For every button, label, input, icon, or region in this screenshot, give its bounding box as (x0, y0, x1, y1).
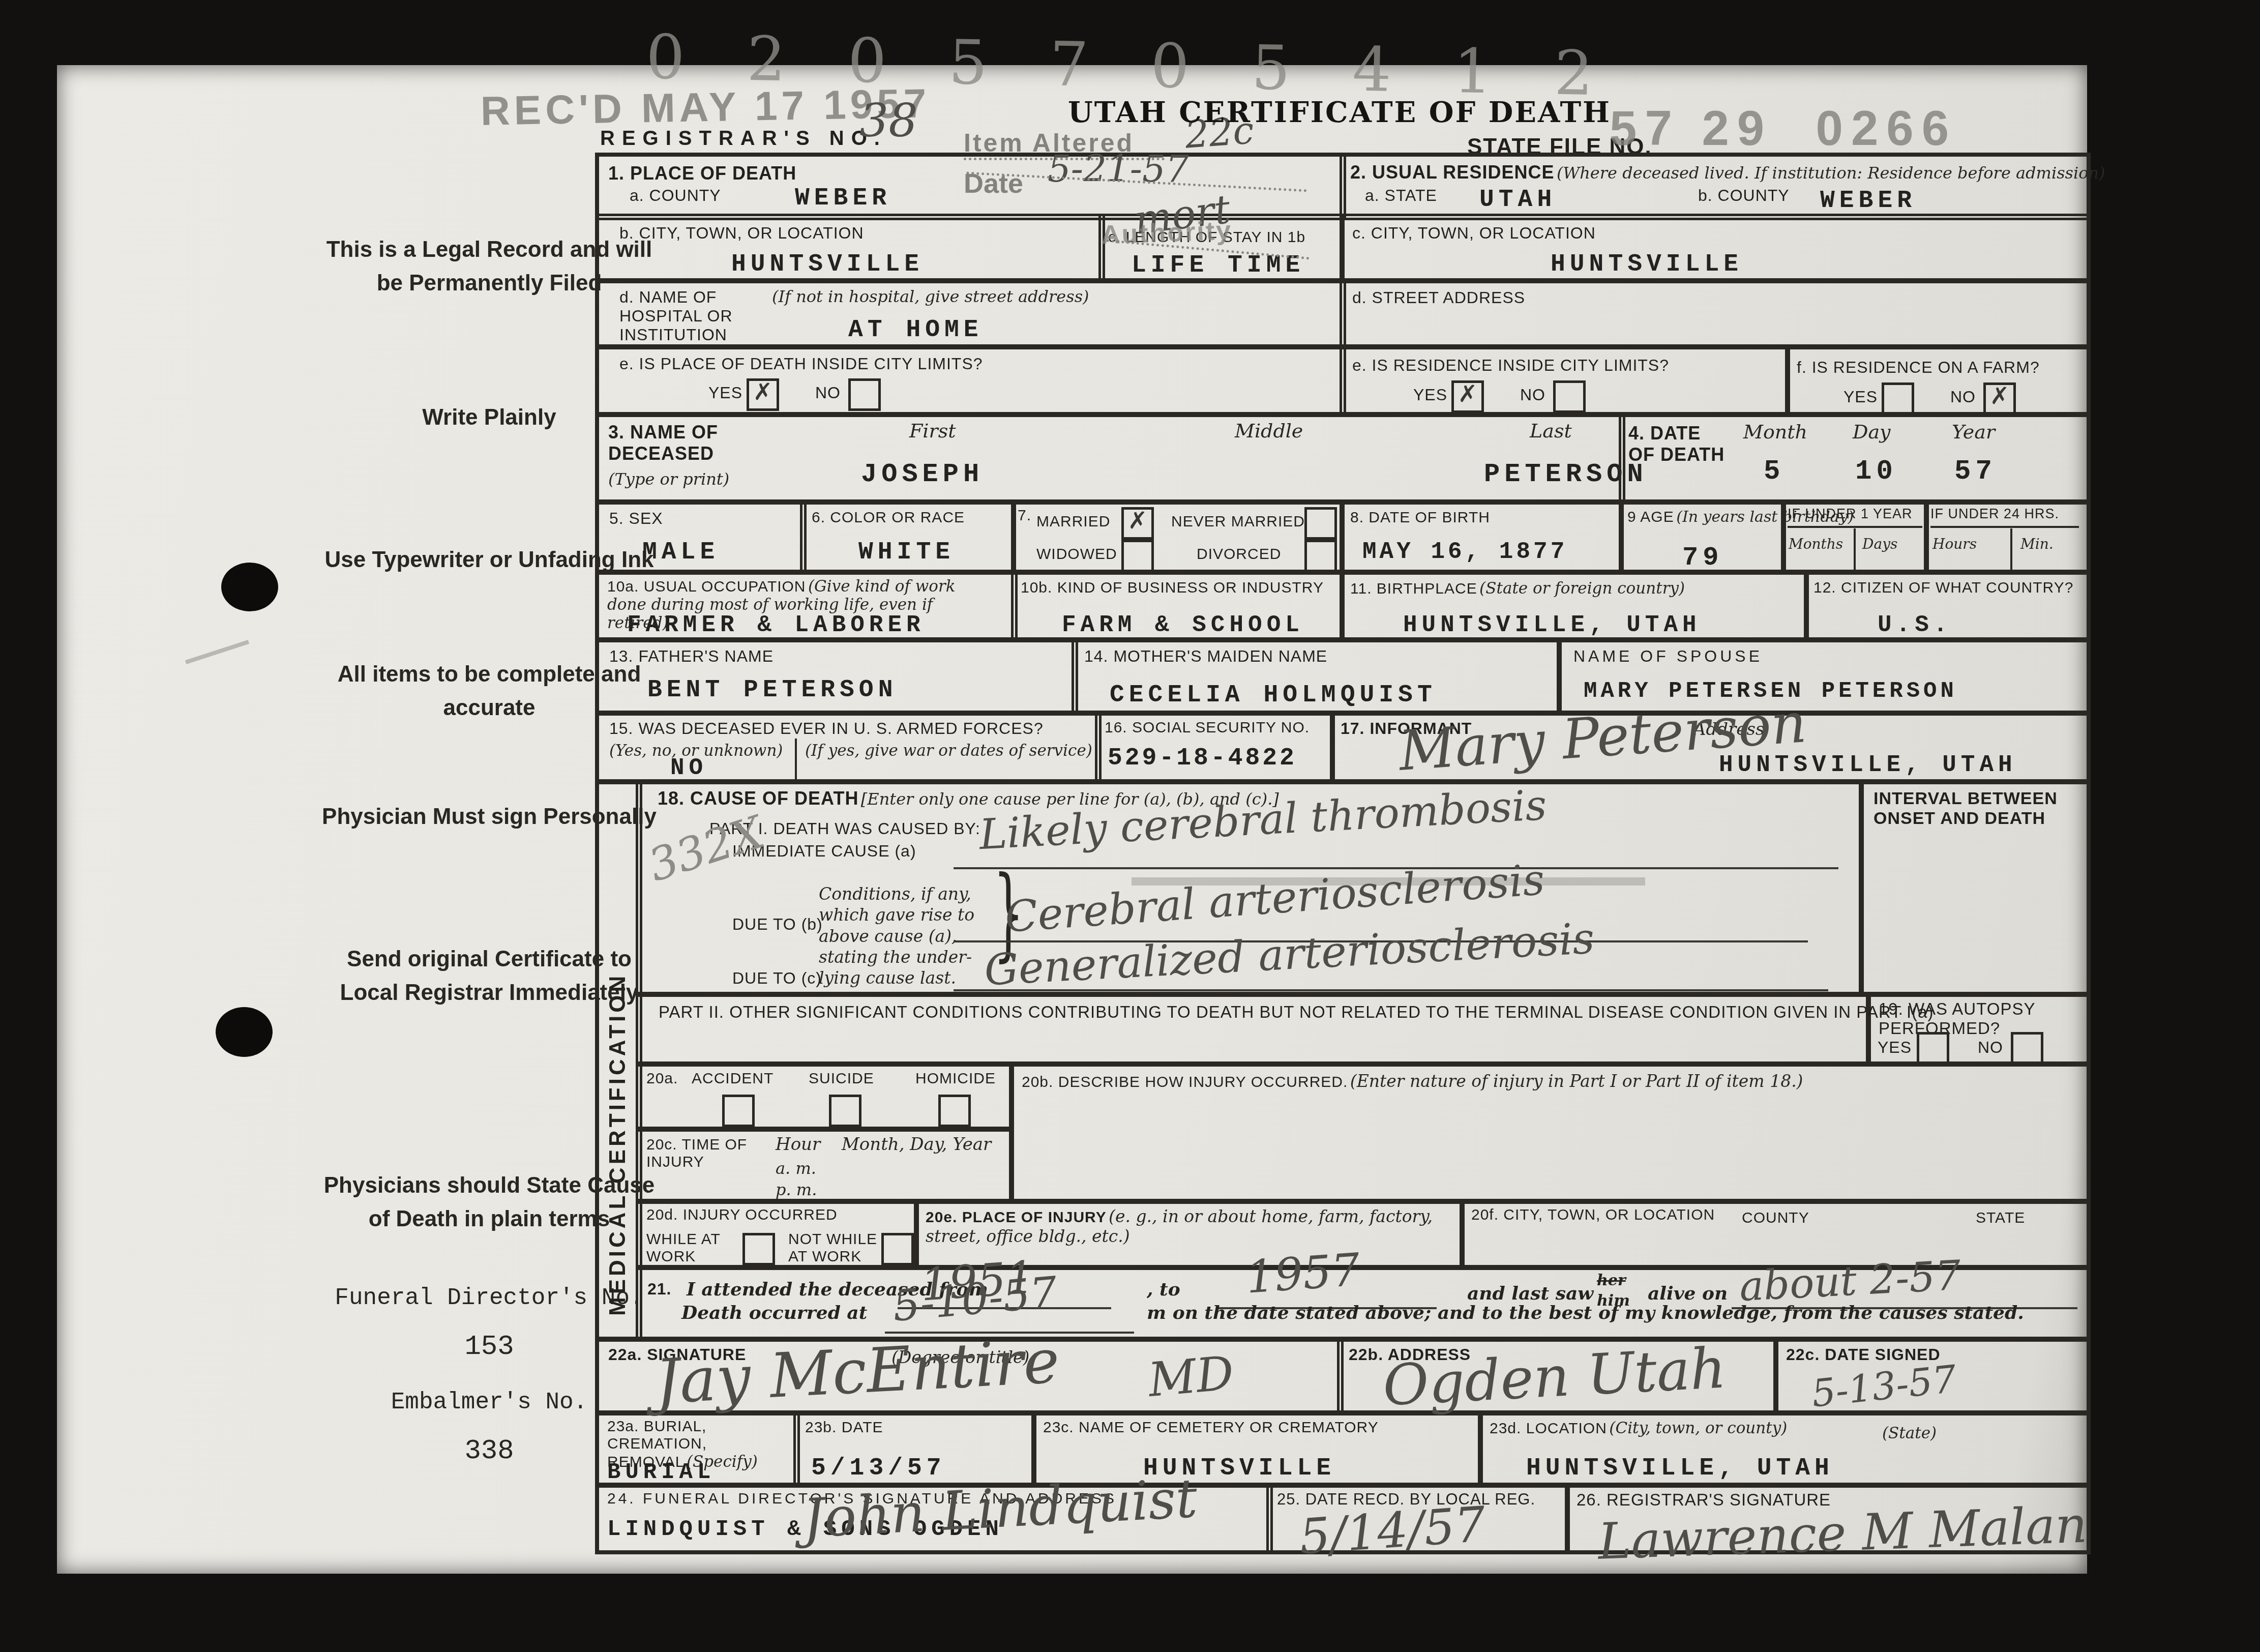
checkbox-homicide (938, 1095, 971, 1127)
cell-1e-city-limits: e. IS PLACE OF DEATH INSIDE CITY LIMITS?… (595, 344, 1346, 417)
registrars-no-label: REGISTRAR'S NO. (600, 127, 887, 150)
checkbox-divorced (1304, 540, 1337, 572)
cell-part2: PART II. OTHER SIGNIFICANT CONDITIONS CO… (636, 992, 1871, 1067)
cell-24-funeral-director: 24. FUNERAL DIRECTOR'S SIGNATURE AND ADD… (595, 1483, 1273, 1554)
cell-3-name-of-deceased: 3. NAME OF DECEASED (Type or print) Firs… (595, 412, 1625, 505)
cell-9-under-1-year: IF UNDER 1 YEAR Months Days (1781, 499, 1929, 575)
checkbox-2f-yes (1882, 382, 1914, 415)
cell-22b-address: 22b. ADDRESS Ogden Utah (1337, 1337, 1778, 1415)
checkbox-autopsy-no (2011, 1032, 2043, 1065)
cell-10b-industry: 10b. KIND OF BUSINESS OR INDUSTRY FARM &… (1011, 570, 1345, 642)
cell-2-usual-residence: 2. USUAL RESIDENCE (Where deceased lived… (1340, 153, 2091, 220)
registrars-no-value: 38 (859, 94, 918, 147)
cell-10a-occupation: 10a. USUAL OCCUPATION (Give kind of work… (595, 570, 1018, 642)
cell-16-ssn: 16. SOCIAL SECURITY NO. 529-18-4822 (1095, 711, 1335, 784)
checkbox-2e-yes: ✗ (1451, 380, 1484, 413)
checkbox-not-while-at-work (881, 1233, 914, 1265)
cell-2f-farm: f. IS RESIDENCE ON A FARM? YES NO ✗ (1785, 344, 2091, 417)
her-struck: her (1597, 1272, 1626, 1289)
cell-19-autopsy: 19. WAS AUTOPSY PERFORMED? YES NO (1866, 992, 2091, 1067)
cell-2e-city-limits: e. IS RESIDENCE INSIDE CITY LIMITS? YES … (1340, 344, 1790, 417)
cell-7-marital-status: 7. MARRIED ✗ NEVER MARRIED WIDOWED DIVOR… (1011, 499, 1345, 575)
cell-18-cause-of-death: 18. CAUSE OF DEATH [Enter only one cause… (636, 779, 1864, 997)
cell-6-color-race: 6. COLOR OR RACE WHITE (800, 499, 1016, 575)
punch-hole-top (221, 563, 278, 611)
checkbox-2e-no (1553, 380, 1586, 413)
checkbox-never-married (1304, 507, 1337, 540)
cell-23b-date: 23b. DATE 5/13/57 (793, 1410, 1036, 1488)
cell-11-birthplace: 11. BIRTHPLACE (State or foreign country… (1340, 570, 1809, 642)
pencil-mark (185, 640, 249, 664)
cell-5-sex: 5. SEX MALE (595, 499, 807, 575)
cell-20f-location: 20f. CITY, TOWN, OR LOCATION COUNTY STAT… (1460, 1199, 2091, 1270)
cell-20b-describe-injury: 20b. DESCRIBE HOW INJURY OCCURRED. (Ente… (1009, 1061, 2091, 1204)
certificate-title: UTAH CERTIFICATE OF DEATH (1068, 96, 1611, 129)
cell-interval-onset-death: INTERVAL BETWEEN ONSET AND DEATH (1859, 779, 2091, 997)
scanned-death-certificate: { "header": { "recd_stamp": "REC'D MAY 1… (0, 0, 2260, 1652)
cell-9-under-24-hrs: IF UNDER 24 HRS. Hours Min. (1924, 499, 2091, 575)
cell-15-armed-forces: 15. WAS DECEASED EVER IN U. S. ARMED FOR… (595, 711, 1102, 784)
checkbox-suicide (829, 1095, 861, 1127)
checkbox-widowed (1121, 540, 1154, 572)
code-332x: 332X (642, 806, 770, 892)
cell-22a-signature: 22a. SIGNATURE (Degree or title) Jay McE… (595, 1337, 1344, 1415)
cell-13-father: 13. FATHER'S NAME BENT PETERSON (595, 637, 1078, 716)
checkbox-autopsy-yes (1917, 1032, 1949, 1065)
cell-23a-burial: 23a. BURIAL, CREMATION, REMOVAL (Specify… (595, 1410, 800, 1488)
cell-2d-street-address: d. STREET ADDRESS (1340, 278, 2091, 349)
punch-hole-bottom (216, 1007, 273, 1057)
physician-degree: MD (1146, 1346, 1236, 1407)
medical-certification-label: MEDICAL CERTIFICATION (605, 802, 631, 1316)
cell-20a-accident: 20a. ACCIDENT SUICIDE HOMICIDE (636, 1061, 1014, 1132)
cell-1d-hospital: d. NAME OF HOSPITAL OR INSTITUTION (If n… (595, 278, 1346, 349)
cell-23d-location: 23d. LOCATION (City, town, or county) (S… (1478, 1410, 2091, 1488)
cell-17-informant: 17. INFORMANT Address HUNTSVILLE, UTAH M… (1330, 711, 2091, 784)
cell-22c-date-signed: 22c. DATE SIGNED 5-13-57 (1773, 1337, 2091, 1415)
cell-26-registrar-signature: 26. REGISTRAR'S SIGNATURE Lawrence M Mal… (1565, 1483, 2091, 1554)
cell-20c-time-of-injury: 20c. TIME OF INJURY Hour a. m. p. m. Mon… (636, 1127, 1014, 1204)
physician-signature: Jay McEntire (653, 1326, 1061, 1418)
attended-to: 1957 (1244, 1243, 1362, 1303)
date-signed-value: 5-13-57 (1809, 1357, 1958, 1415)
checkbox-married: ✗ (1121, 507, 1154, 540)
cell-25-date-received: 25. DATE RECD. BY LOCAL REG. 5/14/57 (1266, 1483, 1570, 1554)
cell-1b-city: b. CITY, TOWN, OR LOCATION HUNTSVILLE (595, 214, 1105, 283)
state-file-no-value: 57 29 0266 (1610, 101, 1957, 157)
checkbox-1e-no (848, 378, 881, 411)
cell-12-citizen: 12. CITIZEN OF WHAT COUNTRY? U.S. (1804, 570, 2091, 642)
cell-8-date-of-birth: 8. DATE OF BIRTH MAY 16, 1877 (1340, 499, 1624, 575)
cell-14-mother: 14. MOTHER'S MAIDEN NAME CECELIA HOLMQUI… (1072, 637, 1562, 716)
checkbox-2f-no: ✗ (1983, 382, 2016, 415)
cell-9-age: 9 AGE (In years last birthday) 79 (1619, 499, 1786, 575)
checkbox-while-at-work (742, 1233, 775, 1265)
death-occurred-line: Death occurred at (681, 1302, 867, 1323)
cell-20d-injury-occurred: 20d. INJURY OCCURRED WHILE AT WORK NOT W… (636, 1199, 919, 1270)
cell-4-date-of-death: 4. DATE OF DEATH Month Day Year 5 10 57 (1619, 412, 2091, 505)
checkbox-1e-yes: ✗ (747, 378, 779, 411)
cell-2c-city: c. CITY, TOWN, OR LOCATION HUNTSVILLE (1340, 214, 2091, 283)
checkbox-accident (722, 1095, 755, 1127)
